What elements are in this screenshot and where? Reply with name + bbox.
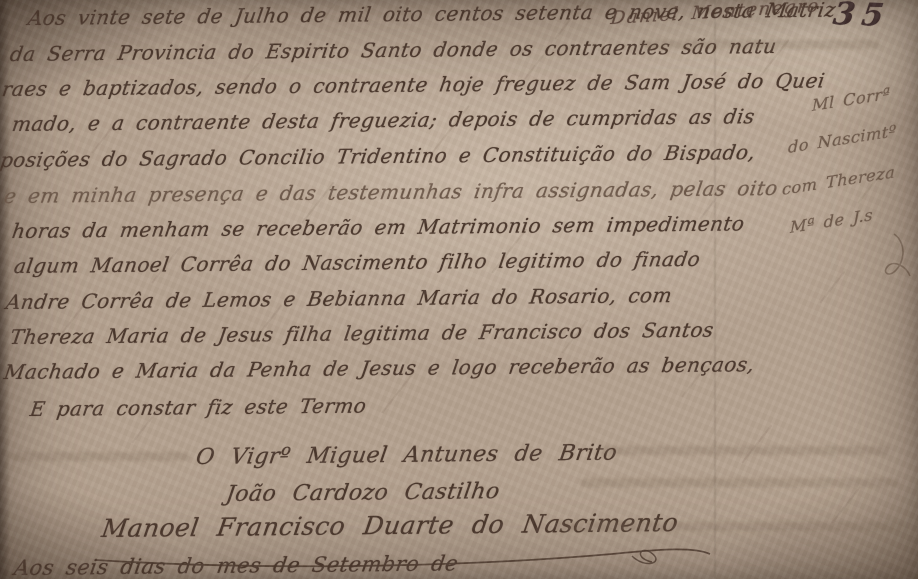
manuscript-line: horas da menham se receberão em Matrimon… (10, 211, 746, 243)
margin-note-line: com Thereza (782, 163, 895, 199)
manuscript-line: da Serra Provincia do Espirito Santo don… (8, 34, 778, 66)
margin-note-line: Ml Corrª (812, 84, 891, 115)
manuscript-line: Aos vinte sete de Julho de mil oito cent… (26, 0, 837, 30)
signature-witness: Manoel Francisco Duarte do Nascimento (100, 508, 681, 543)
manuscript-photo: Daniel Montenegro 35 Aos vinte sete de J… (0, 0, 918, 579)
bleed-through-mark (600, 446, 890, 455)
manuscript-line: Machado e Maria da Penha de Jesus e logo… (2, 352, 756, 384)
manuscript-line: Thereza Maria de Jesus filha legitima de… (8, 318, 715, 349)
bleed-through-mark (10, 452, 190, 461)
scratch-mark (741, 425, 772, 464)
manuscript-line: posições do Sagrado Concilio Tridentino … (0, 140, 757, 172)
bleed-through-mark (580, 478, 900, 487)
margin-note-line: Mª de J.s (790, 205, 873, 237)
scratch-mark (819, 271, 845, 304)
manuscript-line: E para constar fiz este Termo (28, 393, 368, 421)
scratch-mark (831, 486, 861, 523)
manuscript-line-partial: Aos seis dias do mes de Setembro de (12, 551, 459, 579)
page-number: 35 (831, 0, 893, 34)
manuscript-line: mado, e a contraente desta freguezia; de… (10, 104, 756, 136)
manuscript-line: algum Manoel Corrêa do Nascimento filho … (12, 247, 702, 278)
signature-vicar: O Vigrº Miguel Antunes de Brito (194, 441, 619, 470)
margin-note-line: do Nascimtº (788, 121, 897, 157)
signature-witness: João Cardozo Castilho (224, 479, 501, 507)
manuscript-line: Andre Corrêa de Lemos e Bebianna Maria d… (4, 283, 673, 314)
ink-flourish (880, 232, 914, 280)
manuscript-line: e em minha presença e das testemunhas in… (2, 176, 779, 208)
manuscript-line: raes e baptizados, sendo o contraente ho… (0, 68, 826, 101)
